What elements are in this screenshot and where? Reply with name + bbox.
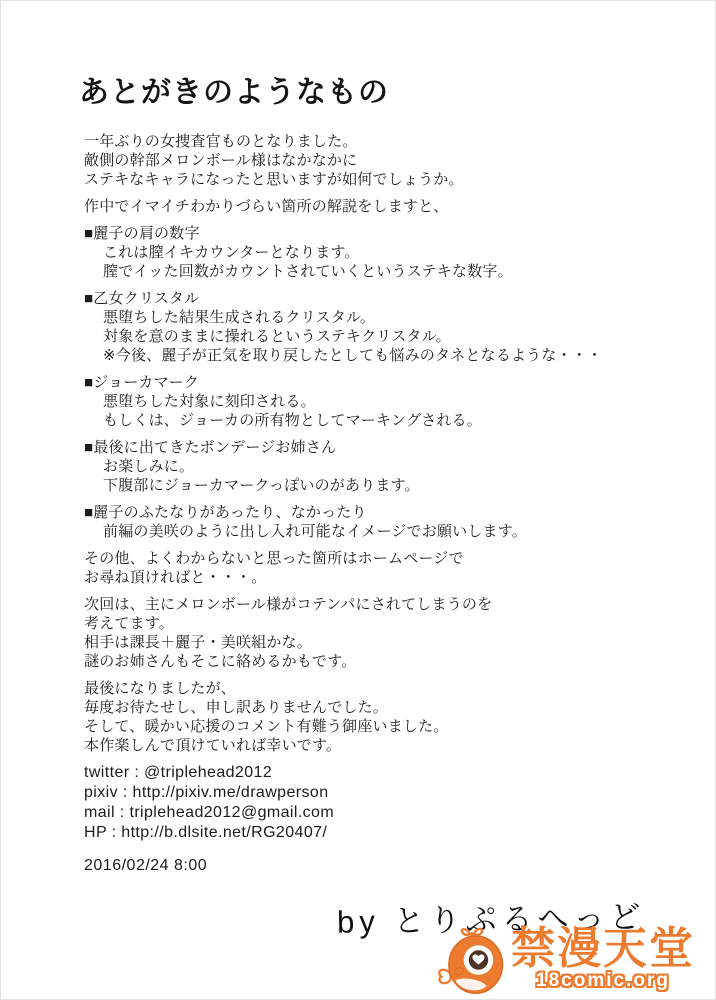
text-line: 敵側の幹部メロンボール様はなかなかに [84,151,715,170]
paragraph-block: 次回は、主にメロンボール様がコテンパにされてしまうのを考えてます。相手は課長＋麗… [84,595,715,671]
paragraph-block: ■麗子のふたなりがあったり、なかったり前編の美咲のように出し入れ可能なイメージで… [84,503,715,541]
text-line: ■麗子のふたなりがあったり、なかったり [84,503,715,522]
text-line: twitter : @triplehead2012 [84,763,715,783]
release-date: 2016/02/24 8:00 [84,857,715,875]
text-line: ※今後、麗子が正気を取り戻したとしても悩みのタネとなるような・・・ [84,346,715,365]
text-line: 悪堕ちした対象に刻印される。 [84,392,715,411]
text-line: ステキなキャラになったと思いますが如何でしょうか。 [84,170,715,189]
paragraph-block: 最後になりましたが、毎度お待たせし、申し訳ありませんでした。そして、暖かい応援の… [84,679,715,755]
paragraph-block: 作中でイマイチわかりづらい箇所の解説をしますと、 [84,197,715,216]
text-line: 膣でイッた回数がカウントされていくというステキな数字。 [84,262,715,281]
paragraph-block: ■麗子の肩の数字これは膣イキカウンターとなります。膣でイッた回数がカウントされて… [84,224,715,281]
paragraph-block: 一年ぶりの女捜査官ものとなりました。敵側の幹部メロンボール様はなかなかにステキな… [84,132,715,189]
paragraph-block: ■乙女クリスタル悪堕ちした結果生成されるクリスタル。対象を意のままに操れるという… [84,289,715,365]
paragraph-block: その他、よくわからないと思った箇所はホームページでお尋ね頂ければと・・・。 [84,549,715,587]
text-line: 悪堕ちした結果生成されるクリスタル。 [84,308,715,327]
text-line: 相手は課長＋麗子・美咲組かな。 [84,633,715,652]
afterword-page: あとがきのようなもの 一年ぶりの女捜査官ものとなりました。敵側の幹部メロンボール… [1,1,715,999]
whale-mascot-icon [435,923,509,997]
text-line: これは膣イキカウンターとなります。 [84,243,715,262]
text-line: もしくは、ジョーカの所有物としてマーキングされる。 [84,411,715,430]
text-line: 前編の美咲のように出し入れ可能なイメージでお願いします。 [84,522,715,541]
text-line: 本作楽しんで頂けていれば幸いです。 [84,736,715,755]
afterword-blocks: 一年ぶりの女捜査官ものとなりました。敵側の幹部メロンボール様はなかなかにステキな… [84,132,715,843]
text-line: ■最後に出てきたボンデージお姉さん [84,438,715,457]
text-line: その他、よくわからないと思った箇所はホームページで [84,549,715,568]
text-line: ■乙女クリスタル [84,289,715,308]
text-line: mail : triplehead2012@gmail.com [84,803,715,823]
text-line: 謎のお姉さんもそこに絡めるかもです。 [84,652,715,671]
text-line: お尋ね頂ければと・・・。 [84,568,715,587]
text-line: お楽しみに。 [84,457,715,476]
watermark-brand: 禁漫天堂 [511,928,695,970]
watermark: 禁漫天堂 18comic.org [435,923,695,997]
text-line: 対象を意のままに操れるというステキクリスタル。 [84,327,715,346]
text-line: そして、暖かい応援のコメント有難う御座いました。 [84,717,715,736]
text-line: 作中でイマイチわかりづらい箇所の解説をしますと、 [84,197,715,216]
text-line: 下腹部にジョーカマークっぽいのがあります。 [84,476,715,495]
page-title: あとがきのようなもの [79,1,715,111]
text-line: pixiv : http://pixiv.me/drawperson [84,783,715,803]
text-line: ■ジョーカマーク [84,373,715,392]
text-line: 毎度お待たせし、申し訳ありませんでした。 [84,698,715,717]
text-line: 次回は、主にメロンボール様がコテンパにされてしまうのを [84,595,715,614]
watermark-site: 18comic.org [511,970,695,992]
text-line: 一年ぶりの女捜査官ものとなりました。 [84,132,715,151]
paragraph-block: twitter : @triplehead2012pixiv : http://… [84,763,715,843]
paragraph-block: ■最後に出てきたボンデージお姉さんお楽しみに。下腹部にジョーカマークっぽいのがあ… [84,438,715,495]
text-line: ■麗子の肩の数字 [84,224,715,243]
paragraph-block: ■ジョーカマーク悪堕ちした対象に刻印される。もしくは、ジョーカの所有物としてマー… [84,373,715,430]
text-line: 考えてます。 [84,614,715,633]
text-line: HP : http://b.dlsite.net/RG20407/ [84,823,715,843]
text-line: 最後になりましたが、 [84,679,715,698]
